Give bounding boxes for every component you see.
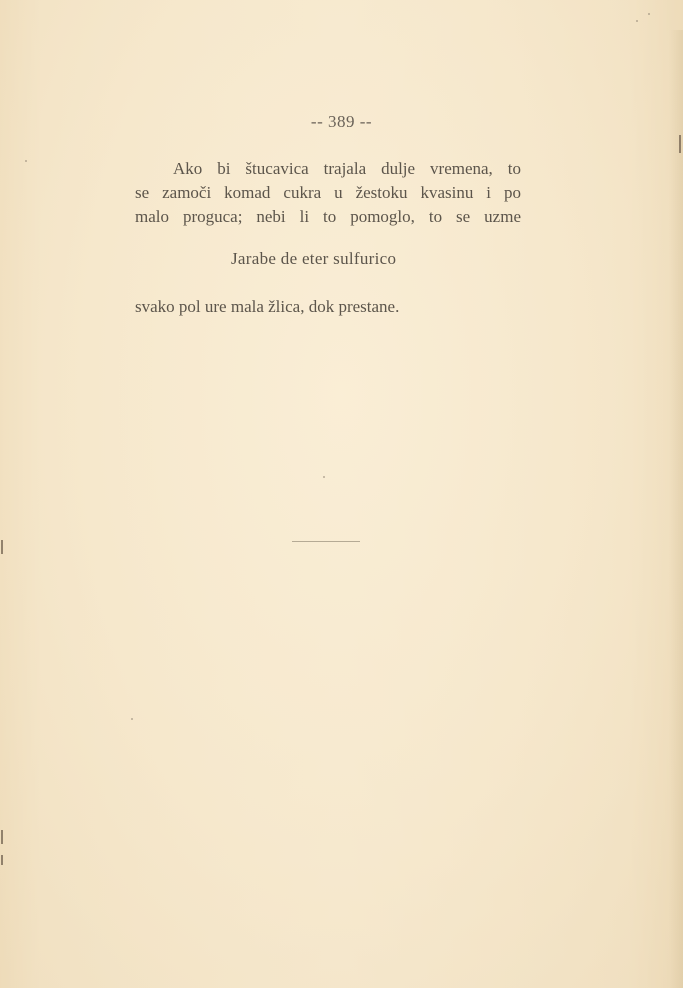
scan-speck [25,160,27,162]
text-line: malo proguca; nebi li to pomoglo, to se … [135,205,521,229]
scan-edge-mark [679,135,681,153]
prescription-formula: Jarabe de eter sulfurico [231,249,396,269]
scan-speck [648,13,650,15]
scan-speck [636,20,638,22]
scan-speck [131,718,133,720]
scan-edge-mark [1,855,3,865]
scan-edge-mark [1,540,3,554]
scanned-book-page: -- 389 -- Ako bi štucavica trajala dulje… [0,0,683,988]
text-line: Ako bi štucavica trajala dulje vremena, … [135,157,521,181]
paragraph-hiccup-remedy: Ako bi štucavica trajala dulje vremena, … [135,157,521,229]
scan-speck [323,476,325,478]
scan-edge-mark [1,830,3,844]
section-divider-rule [292,541,360,542]
text-line: se zamoči komad cukra u žestoku kvasinu … [135,181,521,205]
paragraph-dosage: svako pol ure mala žlica, dok prestane. [135,295,399,319]
page-edge-shadow [669,30,683,988]
page-number: -- 389 -- [0,112,683,132]
